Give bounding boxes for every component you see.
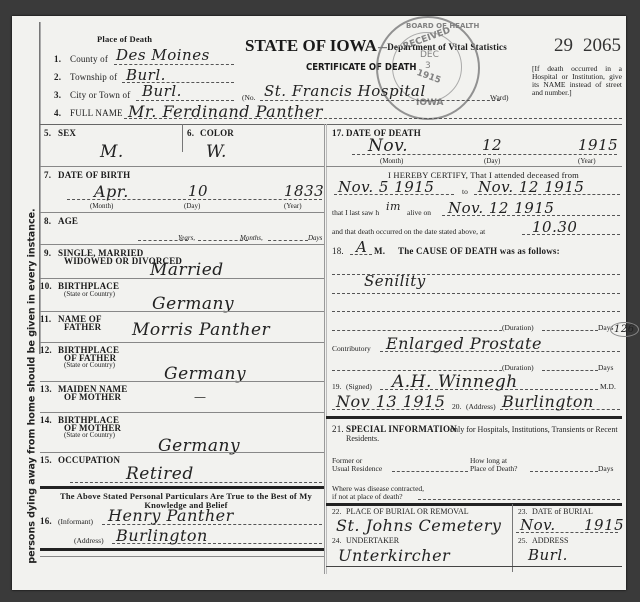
field-17-number: 17. [332,128,344,138]
divider-11 [40,342,324,343]
attended-to-value[interactable]: Nov. 12 1915 [478,178,584,196]
divider-9 [40,278,324,279]
occupation-label: OCCUPATION [58,455,120,465]
burial-divider [512,504,513,572]
bottom-border-right [326,566,622,567]
age-label: AGE [58,216,78,226]
bottom-border-left [40,556,324,557]
color-label: COLOR [200,128,234,138]
field-9-number: 9. [44,248,51,258]
contributory-days-label: Days [598,363,613,372]
divider-17 [326,166,622,167]
m-label: M. [374,246,385,256]
cause-line-2 [332,293,620,294]
city-line [136,100,234,101]
field-15-number: 15. [40,455,52,465]
divider-12 [40,381,324,382]
column-divider-inner [326,124,327,574]
usual-residence-line [392,471,468,472]
dob-day[interactable]: 10 [188,182,208,200]
cause-duration-line [332,330,502,331]
file-number-prefix: 29 [554,35,573,57]
ampm-value[interactable]: A [356,238,367,256]
undertaker-address-value[interactable]: Burl. [528,546,568,564]
sex-value[interactable]: M. [100,142,124,162]
contributory-days-line [542,370,598,371]
ward-label: Ward) [490,93,509,102]
usual-residence-label: Usual Residence [332,464,382,473]
divider-20 [326,416,622,419]
institution-value[interactable]: St. Francis Hospital [264,82,426,100]
mother-name-value[interactable]: — [194,390,207,404]
contributory-value[interactable]: Enlarged Prostate [386,334,542,353]
sex-label: SEX [58,128,76,138]
city-label: City or Town of [70,90,130,100]
death-at-value[interactable]: 10.30 [532,218,577,236]
burial-place-label: PLACE OF BURIAL OR REMOVAL [346,507,469,516]
sex-color-divider [182,124,183,152]
informant-address-value[interactable]: Burlington [116,526,208,545]
alive-on-value[interactable]: Nov. 12 1915 [448,199,554,217]
mother-birthplace-value[interactable]: Germany [158,436,240,456]
divider-16 [40,548,324,551]
dod-day[interactable]: 12 [482,136,502,154]
informant-value[interactable]: Henry Panther [108,506,234,525]
how-long-line [530,471,598,472]
physician-address-label: (Address) [466,402,496,411]
field-25-number: 25. [518,536,527,545]
no-label: (No. [242,93,256,102]
alive-on-label: alive on [407,208,431,217]
cause-line-3 [332,311,620,312]
city-value[interactable]: Burl. [142,82,182,100]
field-20-number: 20. [452,402,461,411]
field-13-number: 13. [40,384,52,394]
contributory-label: Contributory [332,344,371,353]
full-name-value[interactable]: Mr. Ferdinand Panther [128,102,323,121]
signed-value[interactable]: A.H. Winnegh [392,372,518,392]
dob-year[interactable]: 1833 [284,182,324,200]
dob-month-label: (Month) [90,202,113,210]
field-2-number: 2. [54,72,61,82]
field-16-number: 16. [40,516,52,526]
dob-year-label: (Year) [284,202,302,210]
contributory-duration-line [332,370,502,371]
father-name-value[interactable]: Morris Panther [132,320,270,340]
field-8-number: 8. [44,216,51,226]
county-value[interactable]: Des Moines [116,46,210,64]
burial-date-value[interactable]: Nov. [520,516,556,534]
institution-line [260,100,500,101]
color-value[interactable]: W. [206,142,227,162]
form-left-border-inner [40,22,41,354]
stamp-day: 3 [425,61,431,71]
dod-month-label: (Month) [380,157,403,165]
age-years-label: Years, [178,234,195,242]
signed-date-value[interactable]: Nov 13 1915 [336,392,445,411]
informant-address-label: (Address) [74,536,104,545]
divider-15 [40,486,324,489]
md-label: M.D. [600,382,616,391]
marital-value[interactable]: Married [150,260,224,280]
duration-note: 126 [610,322,639,337]
last-saw-value[interactable]: im [386,200,401,213]
state-title: STATE OF IOWA [245,36,377,56]
field-11-number: 11. [40,314,51,324]
field-18-number: 18. [332,246,344,256]
mother-birthplace-sub: (State or Country) [64,431,115,439]
age-months-label: Months, [240,234,263,242]
dob-month[interactable]: Apr. [94,182,129,201]
dod-year-label: (Year) [578,157,596,165]
field-7-number: 7. [44,170,51,180]
mother-name-label-2: OF MOTHER [64,392,121,402]
undertaker-label: UNDERTAKER [346,536,399,545]
cause-duration-label: (Duration) [502,323,534,332]
sidebar-note-text: persons dying away from home should be g… [27,208,38,563]
where-contracted-label-2: if not at place of death? [332,492,403,501]
cause-of-death-label: The CAUSE OF DEATH was as follows: [398,246,560,256]
divider-7 [40,212,324,213]
county-line [114,64,234,65]
how-long-days-label: Days [598,464,613,473]
contributory-duration-label: (Duration) [502,363,534,372]
received-stamp: BOARD OF HEALTH RECEIVED DEC 3 1915 IOWA [376,16,480,120]
field-22-number: 22. [332,507,341,516]
burial-year-value[interactable]: 1915 [584,516,624,534]
date-of-birth-label: DATE OF BIRTH [58,170,130,180]
field-23-number: 23. [518,507,527,516]
divider-21 [326,503,622,506]
divider-13 [40,412,324,413]
field-6-number: 6. [187,128,194,138]
father-birthplace-sub: (State or Country) [64,361,115,369]
death-certificate: persons dying away from home should be g… [12,16,626,590]
undertaker-address-label: ADDRESS [532,536,568,545]
stamp-month: DEC [420,50,439,60]
age-days-line [268,240,308,241]
undertaker-value[interactable]: Unterkircher [338,546,450,565]
father-name-label-2: FATHER [64,322,101,332]
field-21-number: 21. [332,424,344,434]
dob-day-label: (Day) [184,202,200,210]
dod-month[interactable]: Nov. [368,136,408,156]
township-label: Township of [70,72,117,82]
divider-14 [40,452,324,453]
birthplace-sub: (State or Country) [64,290,115,298]
dod-year[interactable]: 1915 [578,136,618,154]
field-12-number: 12. [40,345,52,355]
field-4-number: 4. [54,108,61,118]
place-of-death-heading: Place of Death [97,34,152,44]
divider-5 [40,166,324,167]
field-19-number: 19. [332,382,341,391]
last-saw-label: that I last saw h [332,208,379,217]
field-3-number: 3. [54,90,61,100]
cause-days-line [542,330,598,331]
header-divider [40,124,622,125]
hospital-note: [If death occurred in a Hospital or Inst… [532,65,622,97]
divider-10 [40,311,324,312]
to-label: to [462,187,468,196]
age-days-label: Days [308,234,322,242]
divider-8 [40,244,324,245]
full-name-label: FULL NAME [70,108,123,118]
burial-date-label: DATE of BURIAL [532,507,593,516]
where-contracted-line [418,499,620,500]
occupation-value[interactable]: Retired [126,464,194,484]
attended-from-value[interactable]: Nov. 5 1915 [338,178,434,196]
physician-address-value[interactable]: Burlington [502,392,594,411]
death-at-label: and that death occurred on the date stat… [332,227,485,236]
field-10-number: 10. [40,281,52,291]
informant-label: (Informant) [58,517,93,526]
special-info-rest: only for Hospitals, Institutions, Transi… [346,425,618,443]
field-14-number: 14. [40,415,52,425]
file-number: 2065 [583,35,621,57]
signed-label: (Signed) [346,382,372,391]
occupation-line [70,482,322,483]
dod-day-label: (Day) [484,157,500,165]
burial-place-value[interactable]: St. Johns Cemetery [336,516,501,535]
cause-value[interactable]: Senility [364,272,426,290]
county-label: County of [70,54,108,64]
place-of-death-q-label: Place of Death? [470,464,517,473]
field-1-number: 1. [54,54,61,64]
field-5-number: 5. [44,128,51,138]
field-24-number: 24. [332,536,341,545]
